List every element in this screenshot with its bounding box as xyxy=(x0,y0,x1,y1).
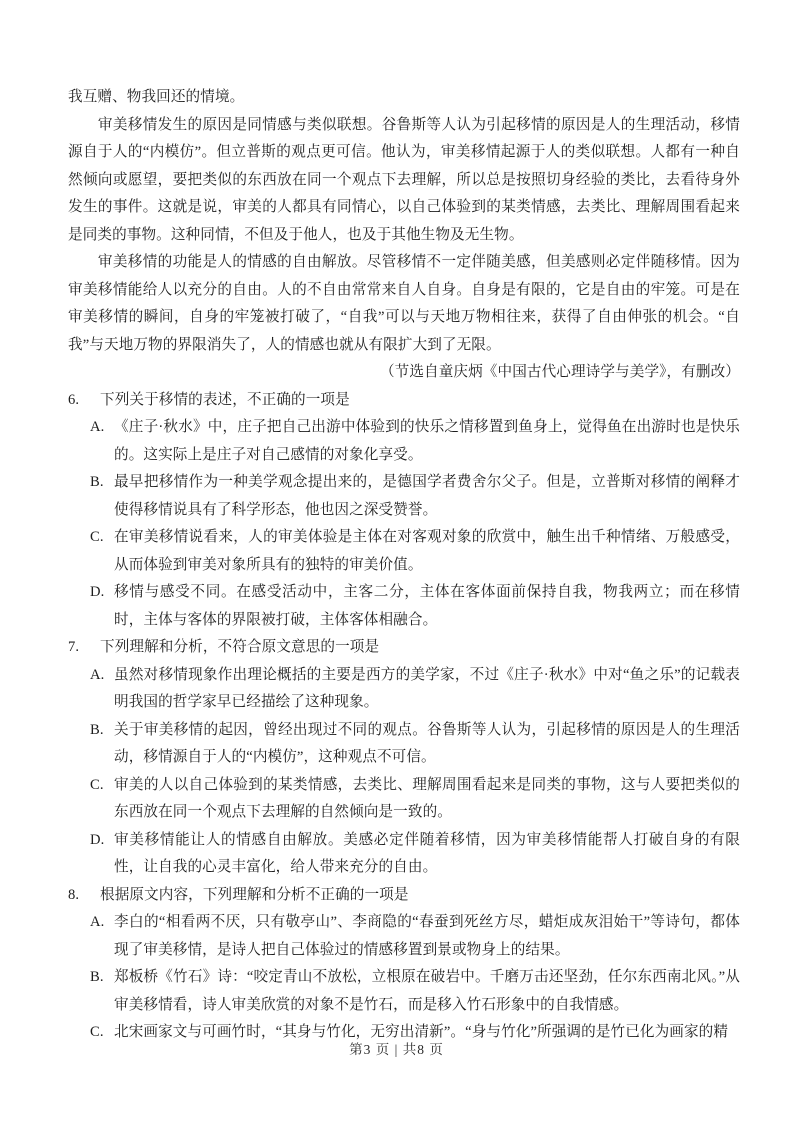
question-6-stem: 6. 下列关于移情的表述，不正确的一项是 xyxy=(68,387,740,415)
question-text: 根据原文内容，下列理解和分析不正确的一项是 xyxy=(100,882,740,910)
question-8-stem: 8. 根据原文内容，下列理解和分析不正确的一项是 xyxy=(68,882,740,910)
question-text: 下列理解和分析，不符合原文意思的一项是 xyxy=(100,634,740,662)
question-7-stem: 7. 下列理解和分析，不符合原文意思的一项是 xyxy=(68,634,740,662)
option-label: B. xyxy=(90,469,114,524)
question-6-option-c: C. 在审美移情说看来，人的审美体验是主体在对客观对象的欣赏中，触生出千种情绪、… xyxy=(90,524,740,579)
option-text: 在审美移情说看来，人的审美体验是主体在对客观对象的欣赏中，触生出千种情绪、万般感… xyxy=(114,524,740,579)
option-text: 郑板桥《竹石》诗：“咬定青山不放松，立根原在破岩中。千磨万击还坚劲，任尔东西南北… xyxy=(114,964,740,1019)
page-number-footer: 第3 页 | 共8 页 xyxy=(0,1038,793,1058)
question-8-option-b: B. 郑板桥《竹石》诗：“咬定青山不放松，立根原在破岩中。千磨万击还坚劲，任尔东… xyxy=(90,964,740,1019)
question-number: 8. xyxy=(68,882,100,910)
question-7-option-c: C. 审美的人以自己体验到的某类情感，去类比、理解周围看起来是同类的事物，这与人… xyxy=(90,772,740,827)
option-label: B. xyxy=(90,964,114,1019)
option-text: 移情与感受不同。在感受活动中，主客二分，主体在客体面前保持自我，物我两立；而在移… xyxy=(114,579,740,634)
question-6-option-d: D. 移情与感受不同。在感受活动中，主客二分，主体在客体面前保持自我，物我两立；… xyxy=(90,579,740,634)
question-8-option-a: A. 李白的“相看两不厌，只有敬亭山”、李商隐的“春蚕到死丝方尽，蜡炬成灰泪始干… xyxy=(90,909,740,964)
question-6-option-b: B. 最早把移情作为一种美学观念提出来的，是德国学者费舍尔父子。但是，立普斯对移… xyxy=(90,469,740,524)
option-label: C. xyxy=(90,524,114,579)
option-label: D. xyxy=(90,827,114,882)
option-text: 审美移情能让人的情感自由解放。美感必定伴随着移情，因为审美移情能帮人打破自身的有… xyxy=(114,827,740,882)
option-label: C. xyxy=(90,772,114,827)
option-text: 李白的“相看两不厌，只有敬亭山”、李商隐的“春蚕到死丝方尽，蜡炬成灰泪始干”等诗… xyxy=(114,909,740,964)
option-label: A. xyxy=(90,414,114,469)
option-label: D. xyxy=(90,579,114,634)
option-text: 虽然对移情现象作出理论概括的主要是西方的美学家，不过《庄子·秋水》中对“鱼之乐”… xyxy=(114,662,740,717)
page-content: 我互赠、物我回还的情境。 审美移情发生的原因是同情感与类似联想。谷鲁斯等人认为引… xyxy=(68,84,740,1047)
exam-paper-page: 我互赠、物我回还的情境。 审美移情发生的原因是同情感与类似联想。谷鲁斯等人认为引… xyxy=(0,0,793,1122)
question-7-option-d: D. 审美移情能让人的情感自由解放。美感必定伴随着移情，因为审美移情能帮人打破自… xyxy=(90,827,740,882)
question-number: 7. xyxy=(68,634,100,662)
option-label: A. xyxy=(90,662,114,717)
option-text: 关于审美移情的起因，曾经出现过不同的观点。谷鲁斯等人认为，引起移情的原因是人的生… xyxy=(114,717,740,772)
question-6-option-a: A. 《庄子·秋水》中，庄子把自己出游中体验到的快乐之情移置到鱼身上，觉得鱼在出… xyxy=(90,414,740,469)
option-text: 最早把移情作为一种美学观念提出来的，是德国学者费舍尔父子。但是，立普斯对移情的阐… xyxy=(114,469,740,524)
question-text: 下列关于移情的表述，不正确的一项是 xyxy=(100,387,740,415)
option-label: A. xyxy=(90,909,114,964)
question-number: 6. xyxy=(68,387,100,415)
question-7-option-b: B. 关于审美移情的起因，曾经出现过不同的观点。谷鲁斯等人认为，引起移情的原因是… xyxy=(90,717,740,772)
option-label: B. xyxy=(90,717,114,772)
option-text: 审美的人以自己体验到的某类情感，去类比、理解周围看起来是同类的事物，这与人要把类… xyxy=(114,772,740,827)
option-text: 《庄子·秋水》中，庄子把自己出游中体验到的快乐之情移置到鱼身上，觉得鱼在出游时也… xyxy=(114,414,740,469)
passage-paragraph: 审美移情发生的原因是同情感与类似联想。谷鲁斯等人认为引起移情的原因是人的生理活动… xyxy=(68,112,740,250)
passage-citation: （节选自童庆炳《中国古代心理诗学与美学》，有删改） xyxy=(68,359,740,387)
passage-paragraph: 审美移情的功能是人的情感的自由解放。尽管移情不一定伴随美感，但美感则必定伴随移情… xyxy=(68,249,740,359)
passage-paragraph: 我互赠、物我回还的情境。 xyxy=(68,84,740,112)
question-7-option-a: A. 虽然对移情现象作出理论概括的主要是西方的美学家，不过《庄子·秋水》中对“鱼… xyxy=(90,662,740,717)
